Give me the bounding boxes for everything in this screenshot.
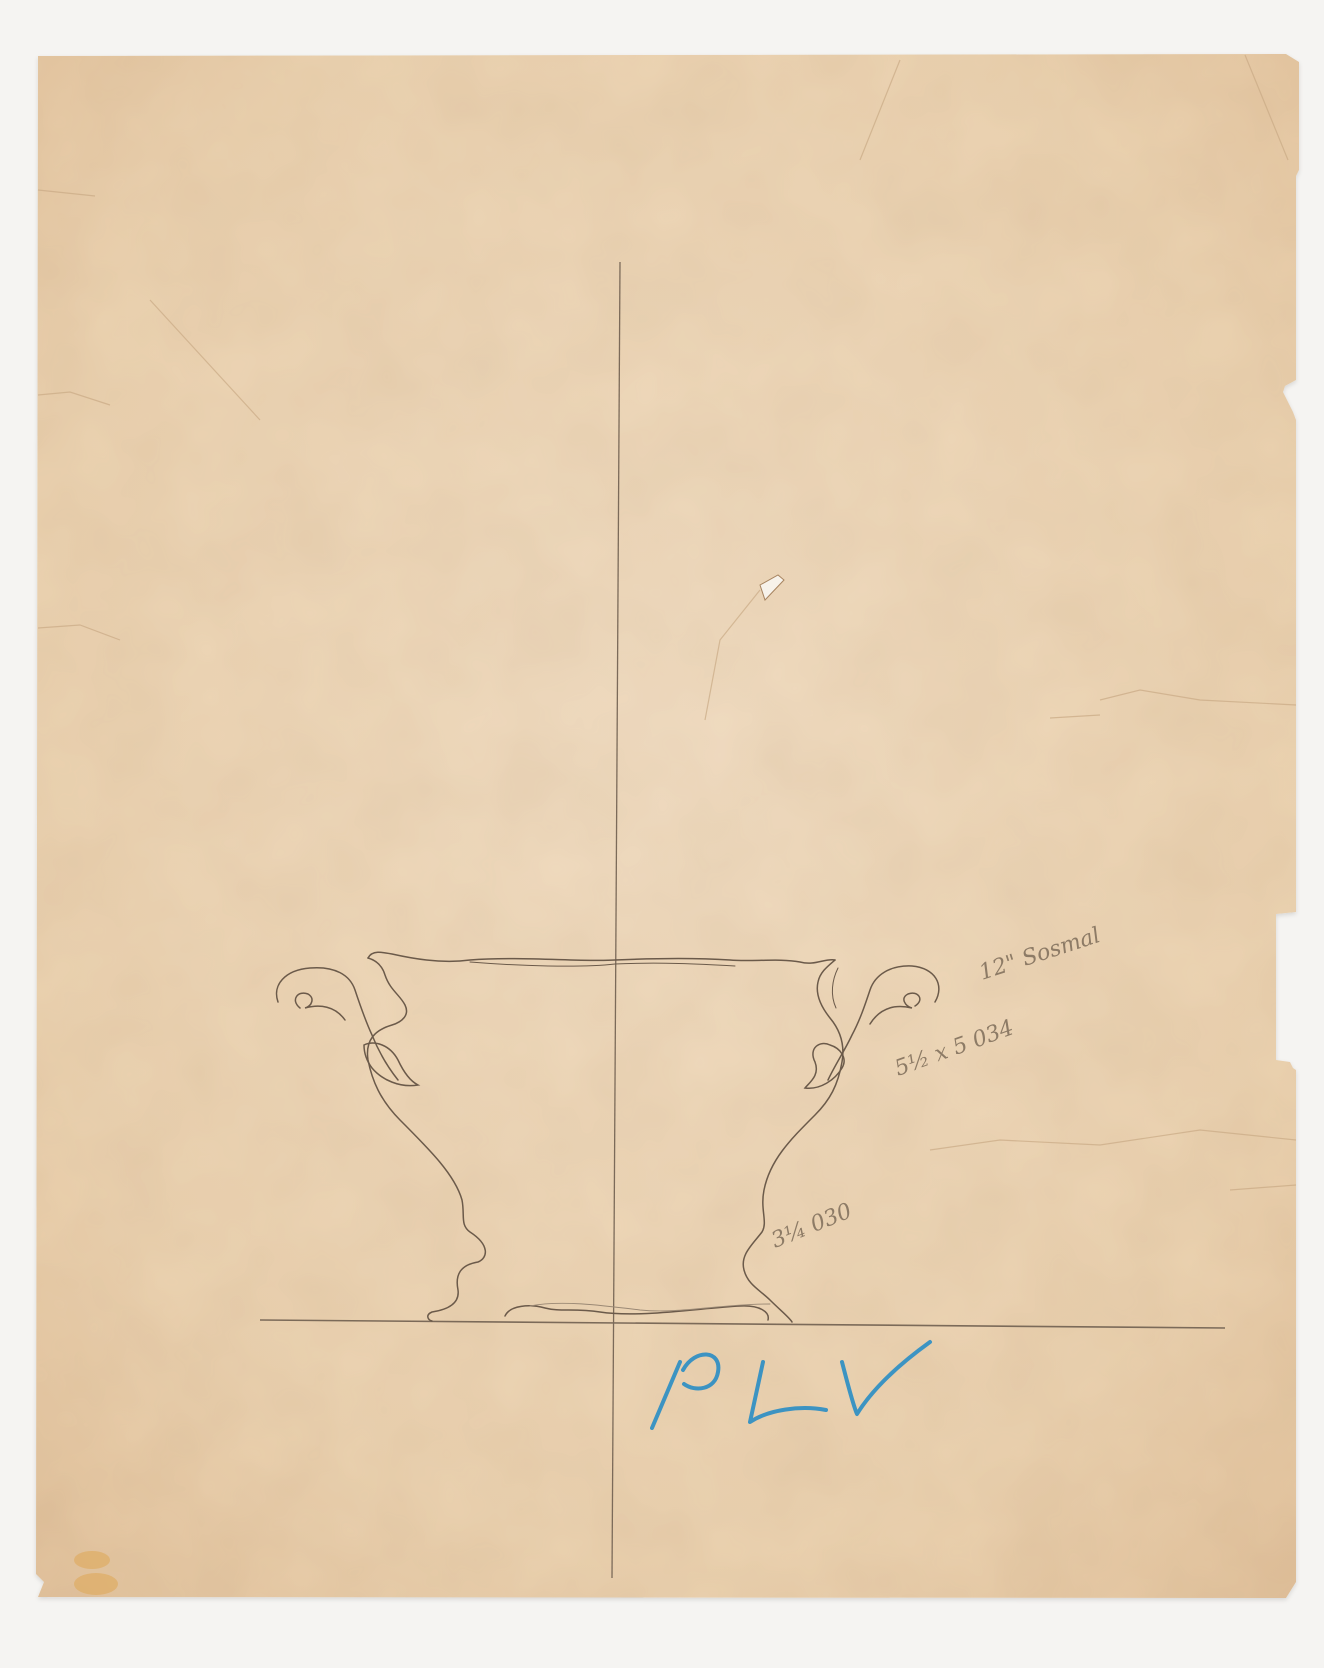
drawing-canvas: 12" Sosmal 5½ x 5 034 3¼ 030: [0, 0, 1324, 1668]
artwork-scan: 12" Sosmal 5½ x 5 034 3¼ 030 PLV: [0, 0, 1324, 1668]
paper-sheet: [36, 54, 1299, 1598]
